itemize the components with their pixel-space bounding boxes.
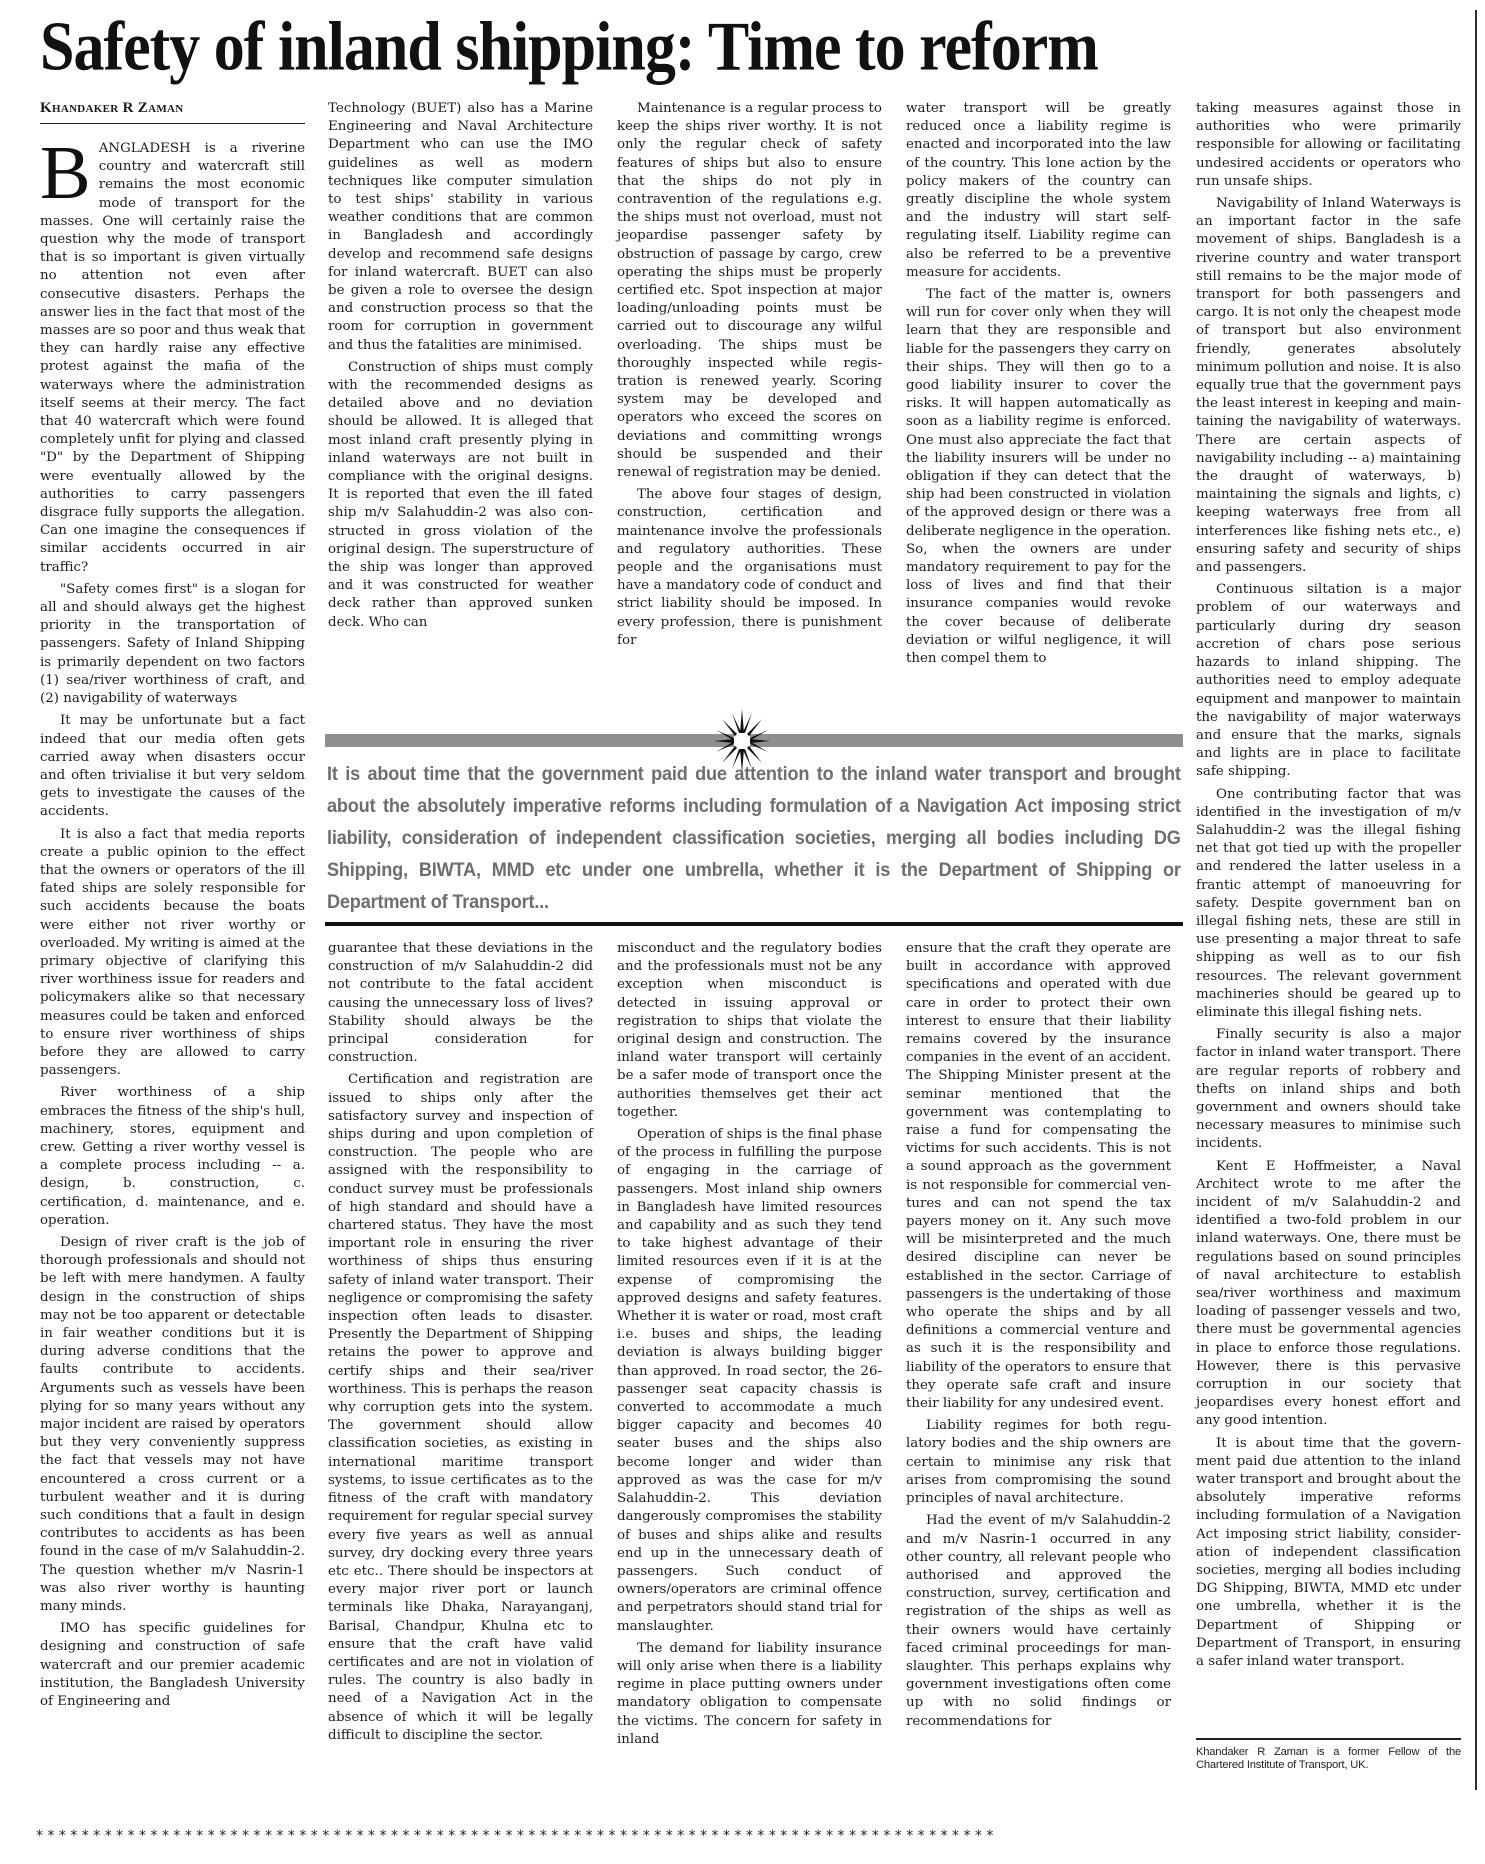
paragraph-continued: guarantee that these deviations in the c…	[328, 940, 593, 1067]
paragraph: Kent E Hoffmeister, a Naval Architect wr…	[1196, 1158, 1461, 1431]
pullquote: It is about time that the government pai…	[327, 758, 1181, 918]
paragraph: The fact of the matter is, owners will r…	[906, 286, 1171, 668]
paragraph: One contributing factor that was identif…	[1196, 786, 1461, 1023]
paragraph: The above four stages of design, constru…	[617, 486, 882, 650]
drop-cap: B	[40, 144, 91, 202]
paragraph: The demand for liability insur­ance will…	[617, 1640, 882, 1749]
paragraph-continued: ensure that the craft they operate are b…	[906, 940, 1171, 1413]
paragraph: Liability regimes for both regu­latory b…	[906, 1417, 1171, 1508]
paragraph-continued: water transport will be greatly reduced …	[906, 100, 1171, 282]
column-5: taking measures against those in authori…	[1196, 100, 1461, 1675]
paragraph: Had the event of m/v Salahuddin-2 and m/…	[906, 1512, 1171, 1730]
paragraph: River worthiness of a ship embraces the …	[40, 1084, 305, 1230]
paragraph: Finally security is also a major factor …	[1196, 1026, 1461, 1153]
paragraph: Operation of ships is the final phase of…	[617, 1126, 882, 1636]
paragraph: "Safety comes first" is a slogan for all…	[40, 581, 305, 708]
column-3-bottom: misconduct and the regulatory bodies and…	[617, 940, 882, 1753]
pullquote-rule	[325, 922, 1183, 926]
footer-star-divider: * * * * * * * * * * * * * * * * * * * * …	[36, 1828, 1476, 1848]
column-rule-right	[1475, 10, 1477, 1790]
paragraph: Certification and registration are issue…	[328, 1071, 593, 1745]
column-4-bottom: ensure that the craft they operate are b…	[906, 940, 1171, 1735]
paragraph-continued: taking measures against those in authori…	[1196, 100, 1461, 191]
byline: Khandaker R Zaman	[40, 100, 305, 124]
column-3-top: Maintenance is a regular pro­cess to kee…	[617, 100, 882, 654]
paragraph: It is also a fact that media reports cre…	[40, 826, 305, 1081]
paragraph: IMO has specific guidelines for designin…	[40, 1620, 305, 1711]
paragraph: It may be unfortunate but a fact indeed …	[40, 712, 305, 821]
author-bio: Khandaker R Zaman is a former Fellow of …	[1196, 1746, 1461, 1771]
paragraph: Maintenance is a regular pro­cess to kee…	[617, 100, 882, 482]
column-1: BANGLADESH is a riverine country and wat…	[40, 140, 305, 1715]
paragraph: Construction of ships must comply with t…	[328, 359, 593, 632]
paragraph: Navigability of Inland Water­ways is an …	[1196, 195, 1461, 577]
paragraph: Continuous siltation is a major problem …	[1196, 581, 1461, 781]
paragraph-continued: Technology (BUET) also has a Marine Engi…	[328, 100, 593, 355]
paragraph-continued: misconduct and the regulatory bodies and…	[617, 940, 882, 1122]
paragraph: It is about time that the govern­ment pa…	[1196, 1435, 1461, 1672]
column-2-top: Technology (BUET) also has a Marine Engi…	[328, 100, 593, 636]
column-2-bottom: guarantee that these deviations in the c…	[328, 940, 593, 1749]
paragraph: Design of river craft is the job of thor…	[40, 1234, 305, 1616]
bio-rule	[1196, 1738, 1461, 1740]
column-4-top: water transport will be greatly reduced …	[906, 100, 1171, 672]
headline: Safety of inland shipping: Time to refor…	[40, 8, 1440, 86]
paragraph-lead: BANGLADESH is a riverine country and wat…	[40, 140, 305, 577]
